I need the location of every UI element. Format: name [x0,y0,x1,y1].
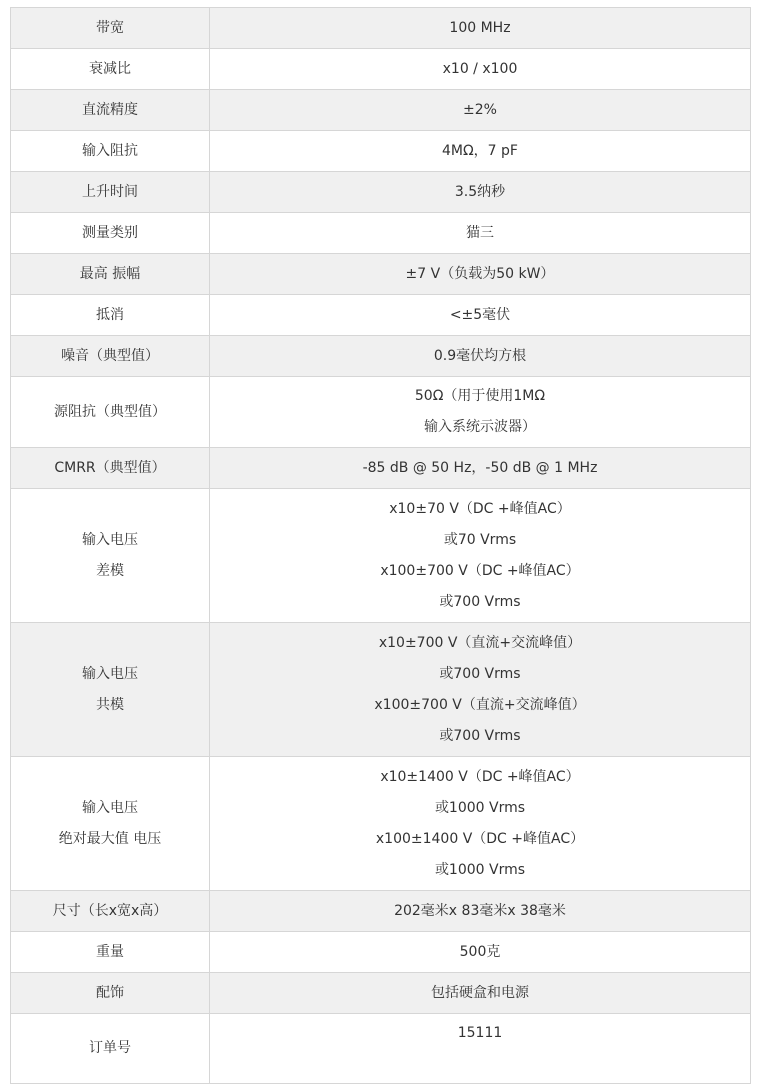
spec-value: 0.9毫伏均方根 [210,336,751,377]
spec-value-text: 包括硬盒和电源 [218,978,742,1009]
spec-value: -85 dB @ 50 Hz，-50 dB @ 1 MHz [210,448,751,489]
spec-row-accessories: 配饰 包括硬盒和电源 [11,973,751,1014]
spec-label-text: 源阻抗（典型值） [19,397,201,428]
spec-value-text: x100±1400 V（DC +峰值AC） [218,824,742,855]
spec-value: <±5毫伏 [210,295,751,336]
spec-row-input-impedance: 输入阻抗 4MΩ，7 pF [11,131,751,172]
spec-value: 100 MHz [210,8,751,49]
spec-label-text: 输入电压 [19,659,201,690]
spec-row-rise-time: 上升时间 3.5纳秒 [11,172,751,213]
spec-value: 猫三 [210,213,751,254]
spec-label-text: 直流精度 [19,95,201,126]
spec-value: x10±1400 V（DC +峰值AC） 或1000 Vrms x100±140… [210,757,751,891]
spec-label-text: 上升时间 [19,177,201,208]
spec-label: 源阻抗（典型值） [11,377,210,448]
spec-value-text: x10±70 V（DC +峰值AC） [218,494,742,525]
spec-label: 配饰 [11,973,210,1014]
spec-label-text: 差模 [19,556,201,587]
spec-value-text: 猫三 [218,218,742,249]
spec-value-text: 500克 [218,937,742,968]
spec-value: 3.5纳秒 [210,172,751,213]
spec-row-dc-accuracy: 直流精度 ±2% [11,90,751,131]
spec-value: 4MΩ，7 pF [210,131,751,172]
spec-value-text: 或700 Vrms [218,587,742,618]
spec-label: 输入阻抗 [11,131,210,172]
spec-row-input-voltage-absolute-max: 输入电压 绝对最大值 电压 x10±1400 V（DC +峰值AC） 或1000… [11,757,751,891]
spec-value-text: 4MΩ，7 pF [218,136,742,167]
spec-label: CMRR（典型值） [11,448,210,489]
spec-row-measurement-category: 测量类别 猫三 [11,213,751,254]
spec-value-text: 或70 Vrms [218,525,742,556]
spec-label-text: 最高 振幅 [19,259,201,290]
spec-value: 500克 [210,932,751,973]
spec-label-text: 抵消 [19,300,201,331]
spec-label: 重量 [11,932,210,973]
spec-value-text: 15111 [218,1018,742,1049]
spec-label: 最高 振幅 [11,254,210,295]
spec-label-text: 测量类别 [19,218,201,249]
spec-label-text: 绝对最大值 电压 [19,824,201,855]
spec-row-input-voltage-common-mode: 输入电压 共模 x10±700 V（直流+交流峰值） 或700 Vrms x10… [11,623,751,757]
spec-value-text: 100 MHz [218,13,742,44]
spec-label-text: 带宽 [19,13,201,44]
spec-value-text: 0.9毫伏均方根 [218,341,742,372]
spec-value: x10±70 V（DC +峰值AC） 或70 Vrms x100±700 V（D… [210,489,751,623]
spec-value: 50Ω（用于使用1MΩ 输入系统示波器） [210,377,751,448]
spec-row-dimensions: 尺寸（长x宽x高） 202毫米x 83毫米x 38毫米 [11,891,751,932]
spec-value: x10 / x100 [210,49,751,90]
spec-value-text: 3.5纳秒 [218,177,742,208]
spec-table: 带宽 100 MHz 衰减比 x10 / x100 直流精度 ±2% 输入阻抗 … [10,7,751,1084]
spec-row-noise: 噪音（典型值） 0.9毫伏均方根 [11,336,751,377]
spec-value-text: x100±700 V（直流+交流峰值） [218,690,742,721]
spec-label-text: 输入电压 [19,793,201,824]
spec-label-text: 重量 [19,937,201,968]
spec-label: 输入电压 共模 [11,623,210,757]
spec-label: 输入电压 差模 [11,489,210,623]
spec-label-text: 噪音（典型值） [19,341,201,372]
spec-value-text: 202毫米x 83毫米x 38毫米 [218,896,742,927]
spec-label-text: CMRR（典型值） [19,453,201,484]
spec-value-text: x100±700 V（DC +峰值AC） [218,556,742,587]
spec-value-text: -85 dB @ 50 Hz，-50 dB @ 1 MHz [218,453,742,484]
spec-label: 上升时间 [11,172,210,213]
spec-value-text: 或1000 Vrms [218,793,742,824]
spec-label: 带宽 [11,8,210,49]
spec-label-text: 配饰 [19,978,201,1009]
spec-value-text: <±5毫伏 [218,300,742,331]
spec-label: 衰减比 [11,49,210,90]
spec-row-cmrr: CMRR（典型值） -85 dB @ 50 Hz，-50 dB @ 1 MHz [11,448,751,489]
spec-value-text: ±2% [218,95,742,126]
spec-value-text: x10 / x100 [218,54,742,85]
spec-row-offset: 抵消 <±5毫伏 [11,295,751,336]
spec-label-text: 输入电压 [19,525,201,556]
spec-value: ±2% [210,90,751,131]
spec-label-text: 尺寸（长x宽x高） [19,896,201,927]
spec-value-text: x10±700 V（直流+交流峰值） [218,628,742,659]
spec-value-text: 或1000 Vrms [218,855,742,886]
spec-value-text: 50Ω（用于使用1MΩ [218,381,742,412]
spec-value: ±7 V（负载为50 kW） [210,254,751,295]
spec-label-text: 订单号 [19,1033,201,1064]
spec-row-bandwidth: 带宽 100 MHz [11,8,751,49]
spec-value: 15111 [210,1014,751,1084]
spec-label-text: 衰减比 [19,54,201,85]
spec-label: 输入电压 绝对最大值 电压 [11,757,210,891]
spec-label-text: 输入阻抗 [19,136,201,167]
spec-row-order-number: 订单号 15111 [11,1014,751,1084]
spec-label: 抵消 [11,295,210,336]
spec-row-attenuation: 衰减比 x10 / x100 [11,49,751,90]
spec-value: 202毫米x 83毫米x 38毫米 [210,891,751,932]
spec-value-text: 或700 Vrms [218,721,742,752]
spec-value-text: 输入系统示波器） [218,412,742,443]
spec-value: x10±700 V（直流+交流峰值） 或700 Vrms x100±700 V（… [210,623,751,757]
spec-row-weight: 重量 500克 [11,932,751,973]
spec-label: 测量类别 [11,213,210,254]
spec-row-max-swing: 最高 振幅 ±7 V（负载为50 kW） [11,254,751,295]
spec-label: 噪音（典型值） [11,336,210,377]
spec-value-text: ±7 V（负载为50 kW） [218,259,742,290]
spec-label-text: 共模 [19,690,201,721]
spec-label: 尺寸（长x宽x高） [11,891,210,932]
spec-row-input-voltage-differential: 输入电压 差模 x10±70 V（DC +峰值AC） 或70 Vrms x100… [11,489,751,623]
spec-value-text: x10±1400 V（DC +峰值AC） [218,762,742,793]
spec-label: 直流精度 [11,90,210,131]
spec-value: 包括硬盒和电源 [210,973,751,1014]
spec-value-text: 或700 Vrms [218,659,742,690]
spec-label: 订单号 [11,1014,210,1084]
spec-row-source-impedance: 源阻抗（典型值） 50Ω（用于使用1MΩ 输入系统示波器） [11,377,751,448]
